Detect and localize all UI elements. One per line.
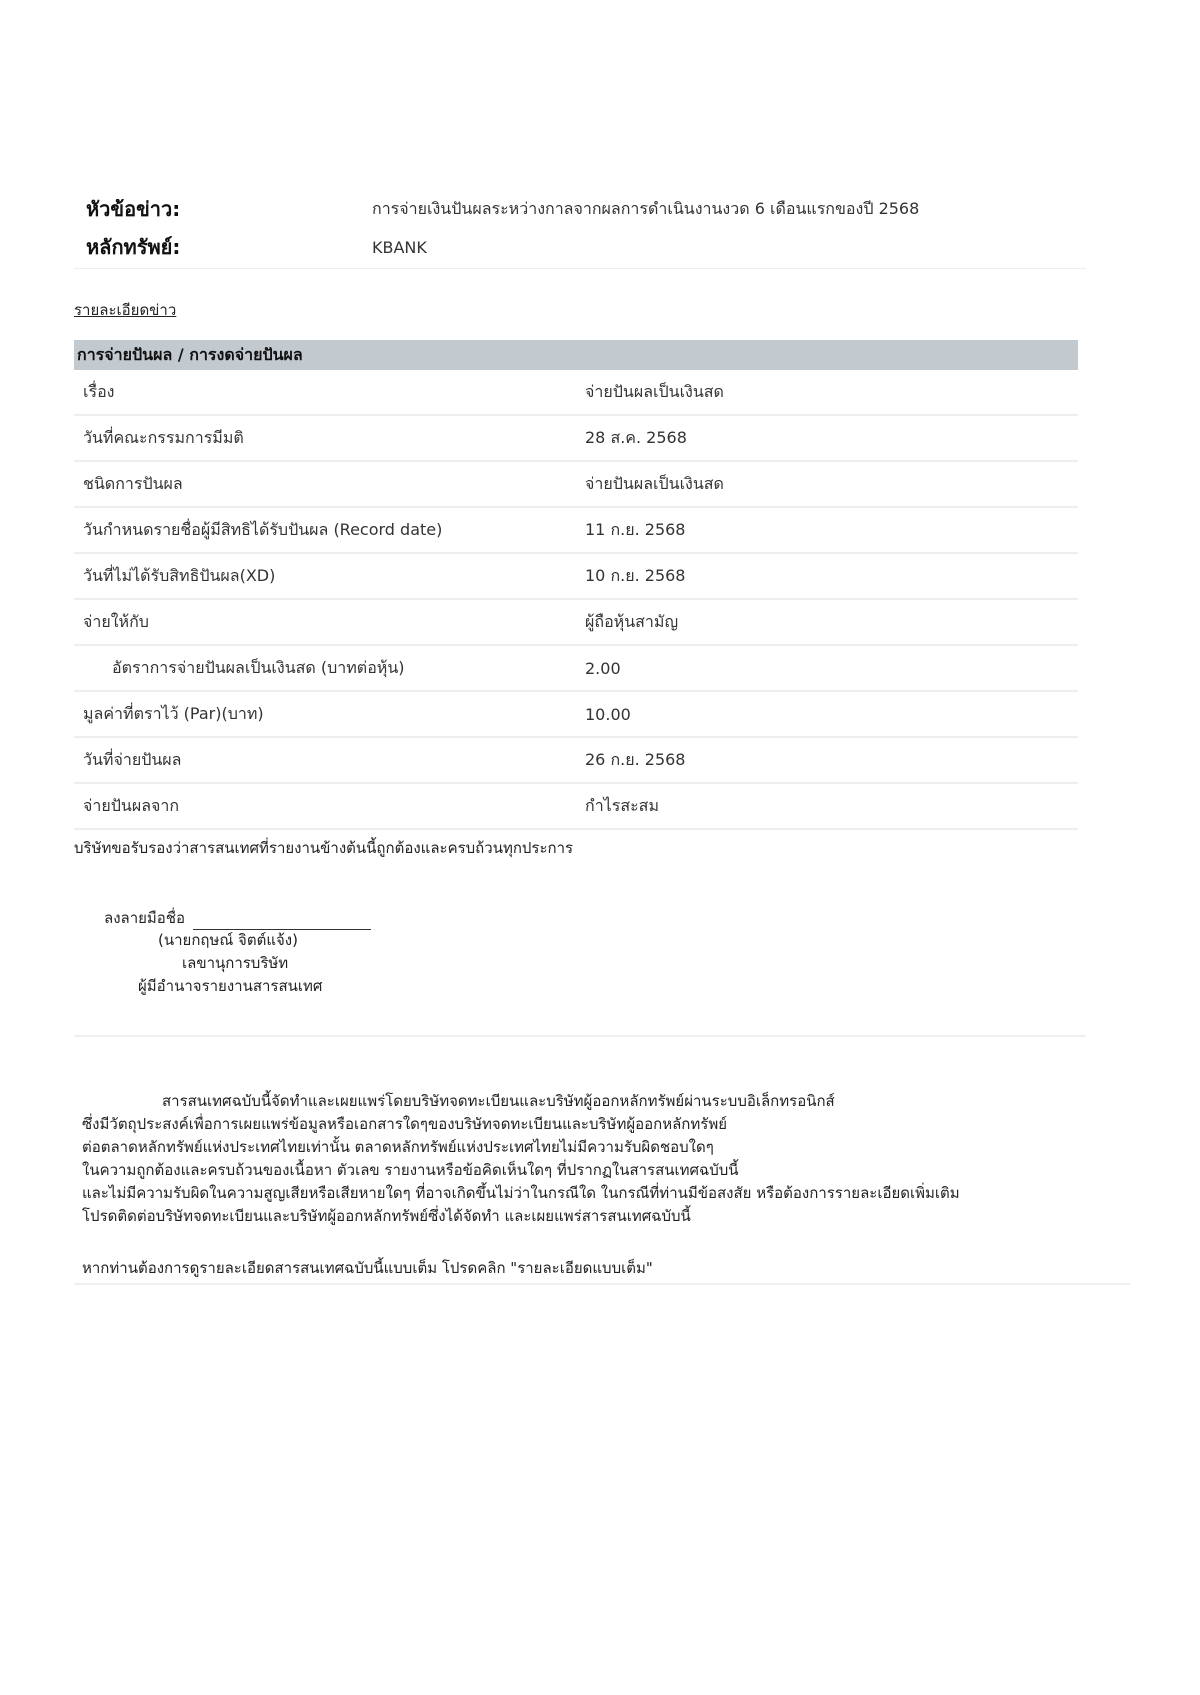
table-row: วันกำหนดรายชื่อผู้มีสิทธิได้รับปันผล (Re… [74, 508, 1078, 554]
row-label: วันที่คณะกรรมการมีมติ [74, 426, 585, 451]
row-label: ชนิดการปันผล [74, 472, 585, 497]
security-value: KBANK [372, 238, 427, 257]
row-value: จ่ายปันผลเป็นเงินสด [585, 472, 1078, 497]
headline-label: หัวข้อข่าว: [86, 193, 372, 225]
row-value: 10.00 [585, 705, 1078, 724]
row-label: วันที่ไม่ได้รับสิทธิปันผล(XD) [74, 564, 585, 589]
row-value: จ่ายปันผลเป็นเงินสด [585, 380, 1078, 405]
signer-authority: ผู้มีอำนาจรายงานสารสนเทศ [138, 974, 322, 998]
disclaimer-line: ในความถูกต้องและครบถ้วนของเนื้อหา ตัวเลข… [82, 1159, 960, 1182]
dividend-table: การจ่ายปันผล / การงดจ่ายปันผล เรื่องจ่าย… [74, 340, 1078, 830]
sign-label: ลงลายมือชื่อ [104, 906, 185, 930]
signer-name: (นายกฤษณ์ จิตต์แจ้ง) [158, 928, 298, 952]
disclaimer-line: ต่อตลาดหลักทรัพย์แห่งประเทศไทยเท่านั้น ต… [82, 1136, 960, 1159]
row-label: จ่ายให้กับ [74, 610, 585, 635]
row-label: มูลค่าที่ตราไว้ (Par)(บาท) [74, 702, 585, 727]
row-value: 26 ก.ย. 2568 [585, 748, 1078, 773]
signer-position: เลขานุการบริษัท [182, 951, 288, 975]
full-detail-text: หากท่านต้องการดูรายละเอียดสารสนเทศฉบับนี… [82, 1256, 653, 1280]
security-row: หลักทรัพย์: KBANK [86, 228, 1086, 266]
footer-divider [74, 1283, 1130, 1285]
table-row: มูลค่าที่ตราไว้ (Par)(บาท)10.00 [74, 692, 1078, 738]
row-label: วันที่จ่ายปันผล [74, 748, 585, 773]
divider [74, 1035, 1086, 1037]
news-header: หัวข้อข่าว: การจ่ายเงินปันผลระหว่างกาลจา… [86, 190, 1086, 266]
table-row: เรื่องจ่ายปันผลเป็นเงินสด [74, 370, 1078, 416]
news-detail-link[interactable]: รายละเอียดข่าว [74, 298, 176, 322]
table-row: วันที่จ่ายปันผล26 ก.ย. 2568 [74, 738, 1078, 784]
row-value: กำไรสะสม [585, 794, 1078, 819]
row-value: 28 ส.ค. 2568 [585, 426, 1078, 451]
table-row: วันที่ไม่ได้รับสิทธิปันผล(XD)10 ก.ย. 256… [74, 554, 1078, 600]
row-value: 11 ก.ย. 2568 [585, 518, 1078, 543]
row-label: เรื่อง [74, 380, 585, 405]
disclaimer-line: โปรดติดต่อบริษัทจดทะเบียนและบริษัทผู้ออก… [82, 1205, 960, 1228]
headline-value: การจ่ายเงินปันผลระหว่างกาลจากผลการดำเนิน… [372, 197, 919, 222]
row-value: 2.00 [585, 659, 1078, 678]
security-label: หลักทรัพย์: [86, 231, 372, 263]
table-row: จ่ายปันผลจากกำไรสะสม [74, 784, 1078, 830]
row-label: อัตราการจ่ายปันผลเป็นเงินสด (บาทต่อหุ้น) [74, 656, 585, 681]
disclaimer-line: สารสนเทศฉบับนี้จัดทำและเผยแพร่โดยบริษัทจ… [82, 1090, 960, 1113]
certification-text: บริษัทขอรับรองว่าสารสนเทศที่รายงานข้างต้… [74, 836, 573, 860]
signature-block: ลงลายมือชื่อ (นายกฤษณ์ จิตต์แจ้ง) เลขานุ… [104, 906, 371, 930]
row-label: วันกำหนดรายชื่อผู้มีสิทธิได้รับปันผล (Re… [74, 518, 585, 543]
row-label: จ่ายปันผลจาก [74, 794, 585, 819]
table-title: การจ่ายปันผล / การงดจ่ายปันผล [74, 340, 1078, 370]
headline-row: หัวข้อข่าว: การจ่ายเงินปันผลระหว่างกาลจา… [86, 190, 1086, 228]
disclaimer-line: และไม่มีความรับผิดในความสูญเสียหรือเสียห… [82, 1182, 960, 1205]
row-value: ผู้ถือหุ้นสามัญ [585, 610, 1078, 635]
table-row: อัตราการจ่ายปันผลเป็นเงินสด (บาทต่อหุ้น)… [74, 646, 1078, 692]
table-row: ชนิดการปันผลจ่ายปันผลเป็นเงินสด [74, 462, 1078, 508]
header-divider [74, 268, 1086, 269]
table-row: วันที่คณะกรรมการมีมติ28 ส.ค. 2568 [74, 416, 1078, 462]
table-row: จ่ายให้กับผู้ถือหุ้นสามัญ [74, 600, 1078, 646]
row-value: 10 ก.ย. 2568 [585, 564, 1078, 589]
disclaimer: สารสนเทศฉบับนี้จัดทำและเผยแพร่โดยบริษัทจ… [82, 1090, 960, 1228]
disclaimer-line: ซึ่งมีวัตถุประสงค์เพื่อการเผยแพร่ข้อมูลห… [82, 1113, 960, 1136]
